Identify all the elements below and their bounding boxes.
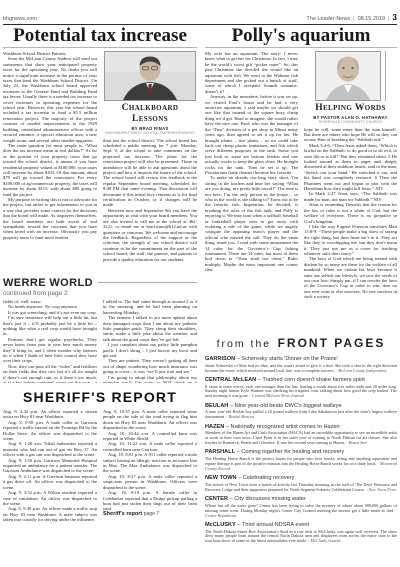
front-pages-title: from the FRONT PAGES [205, 334, 397, 352]
pastor-photo [315, 51, 381, 101]
aquarium-article: Polly's aquarium My wife has an aquarium… [205, 25, 397, 334]
front-pages-item-hazen: HAZEN – Nationally recognized artist com… [205, 424, 397, 446]
front-pages-item-center: CENTER – City discusses missing water Wh… [205, 496, 397, 518]
item-body: Members of the Hazen Art and Craft Assoc… [205, 430, 397, 445]
dash: – [237, 522, 240, 528]
divider: | [388, 16, 389, 22]
werre-world-section: WERRE WORLD continued from page 2 fields… [3, 277, 197, 383]
sheriff-report-column-2-entries: Aug. 9, 10:57 p.m. A male caller reporte… [103, 409, 197, 512]
front-pages-item-new-town: NEW TOWN – Celebrating recovery The stre… [205, 475, 397, 492]
issue-info: The Leader-News | 08.15.2019 | 3 [306, 13, 397, 22]
item-body: The North Dakota Street Rod Association'… [205, 529, 397, 544]
item-town: GARRISON [205, 356, 235, 362]
photo-divider-rule [385, 51, 386, 101]
tax-article-column-2: Chalkboard Lessons BY BRAD RINAS WASHBUR… [103, 51, 197, 276]
item-source: - Hazen Star [346, 440, 367, 445]
werre-world-title: WERRE WORLD [3, 277, 93, 289]
page-number: 3 [393, 13, 397, 22]
tax-article: Potential tax increase Washburn School D… [3, 25, 197, 276]
item-source: - Beulah Beacon [226, 414, 254, 419]
aquarium-article-column-2: Helping Words BY PASTOR ALAN O. HATHAWAY… [304, 51, 397, 334]
column-title-helping-words: Helping Words [304, 103, 397, 114]
item-title: Celebrating recovery [243, 475, 295, 481]
item-title: Nationally recognized artist comes to Ha… [231, 424, 340, 430]
item-source: - McLean County Independent [336, 368, 387, 373]
tax-article-column-1: Washburn School District Patrons,Soon th… [3, 51, 97, 276]
sheriff-report-jump-line: Sheriff's report page 7 [103, 512, 197, 517]
item-town: CENTER [205, 496, 228, 502]
dash: – [230, 496, 233, 502]
jump-page: page 7 [144, 511, 159, 517]
aquarium-article-column-2-text: hope he will, some more than the man him… [304, 127, 397, 300]
item-title: Nine year-old beats DWC's biggest walley… [235, 403, 342, 409]
item-body: The Healing Horse Ranch is the perfect h… [205, 456, 397, 466]
item-town: McCLUSKY [205, 522, 236, 528]
item-title: Scheresky starts 'Dinner on the Prairie' [241, 356, 337, 362]
front-pages-item-central-mclean: CENTRAL McLEAN – Trashed corn doesn't sh… [205, 377, 397, 399]
dash: – [238, 475, 241, 481]
front-pages-item-garrison: GARRISON – Scheresky starts 'Dinner on t… [205, 356, 397, 373]
sheriff-report-section: SHERIFF'S REPORT Aug. 8, 4:42 p.m. An of… [3, 389, 197, 557]
sheriff-report-column-1: Aug. 8, 4:42 p.m. An officer reported a … [3, 409, 97, 557]
divider: | [353, 16, 354, 22]
item-source: - McClusky Gazette [308, 538, 341, 543]
sheriff-report-column-2: Aug. 9, 10:57 p.m. A male caller reporte… [103, 409, 197, 557]
tax-article-column-2-text: than just the school district. The schoo… [103, 138, 197, 262]
item-source: - New Town News [366, 487, 396, 492]
masthead: bhgnews.com The Leader-News | 08.15.2019… [3, 11, 397, 25]
aquarium-article-headline: Polly's aquarium [205, 25, 397, 48]
item-town: BEULAH [205, 403, 228, 409]
werre-world-continued-note: continued from page 2 [3, 290, 197, 297]
item-title: Third annual NDSRA event [242, 522, 309, 528]
byline-affiliation: WASHBURN PUBLIC SCHOOL SUPERINTENDENT [103, 131, 197, 136]
dash: – [226, 424, 229, 430]
superintendent-photo [104, 51, 196, 101]
jump-label: Sheriff's report [103, 511, 142, 517]
item-title: Trashed corn doesn't shake farmers spiri… [262, 377, 365, 383]
item-source: - Central McLean News Journal [250, 393, 304, 398]
portrait-bald-man-icon [316, 52, 380, 100]
newspaper-page: bhgnews.com The Leader-News | 08.15.2019… [0, 0, 400, 567]
byline-affiliation: RIVERDALE COMMUNITY CHURCH [304, 120, 397, 125]
item-title: City discusses missing water [234, 496, 306, 502]
column-title-chalkboard-lessons: Chalkboard Lessons [103, 103, 197, 125]
werre-world-column-1: fields of, well, straw.No heads anymore.… [3, 299, 97, 383]
front-pages-section: from the FRONT PAGES GARRISON – Scheresk… [205, 334, 397, 564]
site-url: bhgnews.com [3, 16, 37, 22]
rule [98, 282, 197, 283]
item-town: HAZEN [205, 424, 224, 430]
dash: – [258, 377, 261, 383]
item-town: CENTRAL McLEAN [205, 377, 256, 383]
issue-date: 08.15.2019 [358, 16, 386, 22]
paper-name: The Leader-News [306, 16, 350, 22]
item-town: NEW TOWN [205, 475, 237, 481]
dash: – [237, 449, 240, 455]
aquarium-article-column-1: My wife has an aquarium. The story: I ne… [205, 51, 298, 334]
front-pages-title-prefix: from the [217, 338, 272, 350]
portrait-man-suit-icon [105, 52, 195, 100]
item-town: PARSHALL [205, 449, 235, 455]
front-pages-item-parshall: PARSHALL – Coming together for healing a… [205, 449, 397, 471]
tax-article-headline: Potential tax increase [3, 25, 197, 48]
front-pages-item-mcclusky: McCLUSKY – Third annual NDSRA event The … [205, 522, 397, 544]
dash: – [230, 403, 233, 409]
front-pages-title-main: FRONT PAGES [278, 336, 386, 350]
item-body: Where has all the water gone? Center has… [205, 503, 397, 513]
item-title: Coming together for healing and recovery [241, 449, 344, 455]
front-pages-item-beulah: BEULAH – Nine year-old beats DWC's bigge… [205, 403, 397, 420]
werre-world-column-2: I talked to. The hail came through at ar… [103, 299, 197, 383]
dash: – [237, 356, 240, 362]
sheriff-report-title: SHERIFF'S REPORT [3, 389, 197, 405]
